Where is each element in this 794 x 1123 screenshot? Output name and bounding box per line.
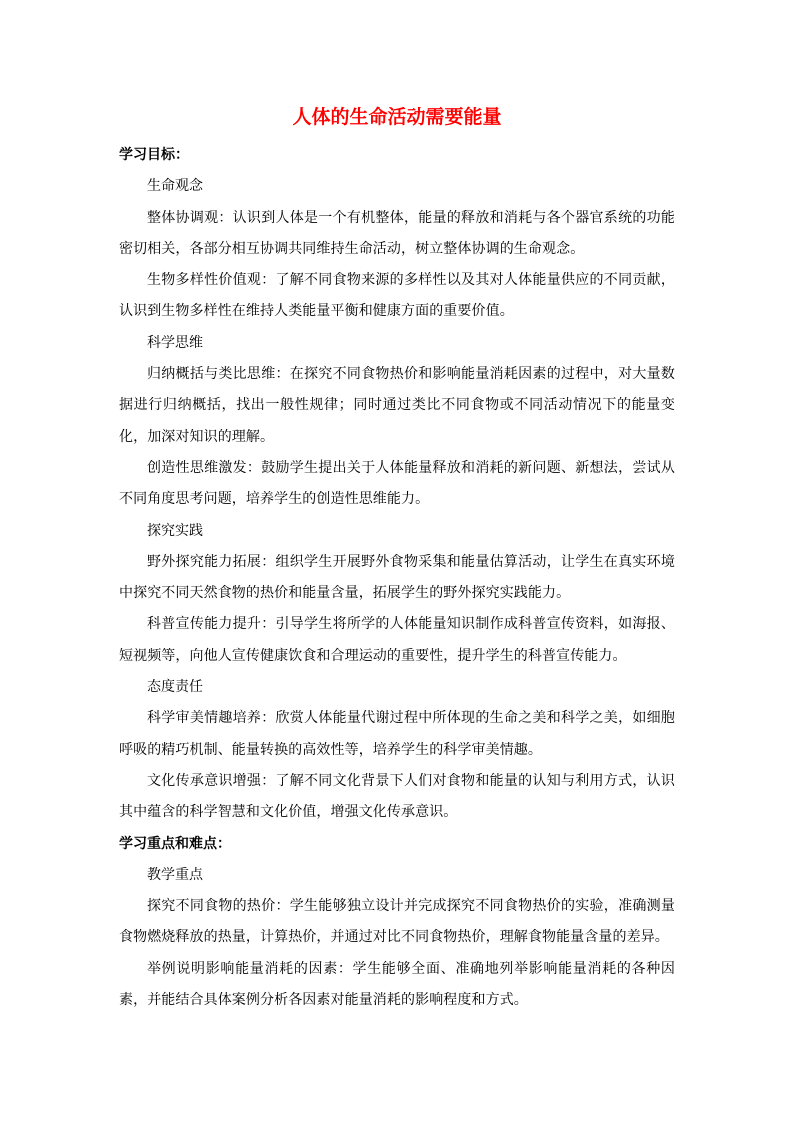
- paragraph: 归纳概括与类比思维：在探究不同食物热价和影响能量消耗因素的过程中，对大量数据进行…: [119, 359, 675, 453]
- paragraph: 野外探究能力拓展：组织学生开展野外食物采集和能量估算活动，让学生在真实环境中探究…: [119, 547, 675, 610]
- group-label-teaching-focus: 教学重点: [119, 860, 675, 891]
- paragraph: 举例说明影响能量消耗的因素：学生能够全面、准确地列举影响能量消耗的各种因素，并能…: [119, 954, 675, 1017]
- paragraph: 创造性思维激发：鼓励学生提出关于人体能量释放和消耗的新问题、新想法，尝试从不同角…: [119, 453, 675, 516]
- paragraph: 整体协调观：认识到人体是一个有机整体，能量的释放和消耗与各个器官系统的功能密切相…: [119, 203, 675, 266]
- group-label-inquiry-practice: 探究实践: [119, 516, 675, 547]
- paragraph: 科普宣传能力提升：引导学生将所学的人体能量知识制作成科普宣传资料，如海报、短视频…: [119, 609, 675, 672]
- section-heading-key-points: 学习重点和难点：: [119, 829, 675, 860]
- group-label-scientific-thinking: 科学思维: [119, 328, 675, 359]
- paragraph: 探究不同食物的热价：学生能够独立设计并完成探究不同食物热价的实验，准确测量食物燃…: [119, 891, 675, 954]
- section-heading-objectives: 学习目标：: [119, 140, 675, 171]
- document-page: 人体的生命活动需要能量 学习目标： 生命观念 整体协调观：认识到人体是一个有机整…: [119, 104, 675, 1016]
- paragraph: 文化传承意识增强：了解不同文化背景下人们对食物和能量的认知与利用方式，认识其中蕴…: [119, 766, 675, 829]
- group-label-attitude-responsibility: 态度责任: [119, 672, 675, 703]
- group-label-life-concept: 生命观念: [119, 171, 675, 202]
- document-title: 人体的生命活动需要能量: [119, 104, 675, 130]
- paragraph: 生物多样性价值观：了解不同食物来源的多样性以及其对人体能量供应的不同贡献，认识到…: [119, 265, 675, 328]
- paragraph: 科学审美情趣培养：欣赏人体能量代谢过程中所体现的生命之美和科学之美，如细胞呼吸的…: [119, 703, 675, 766]
